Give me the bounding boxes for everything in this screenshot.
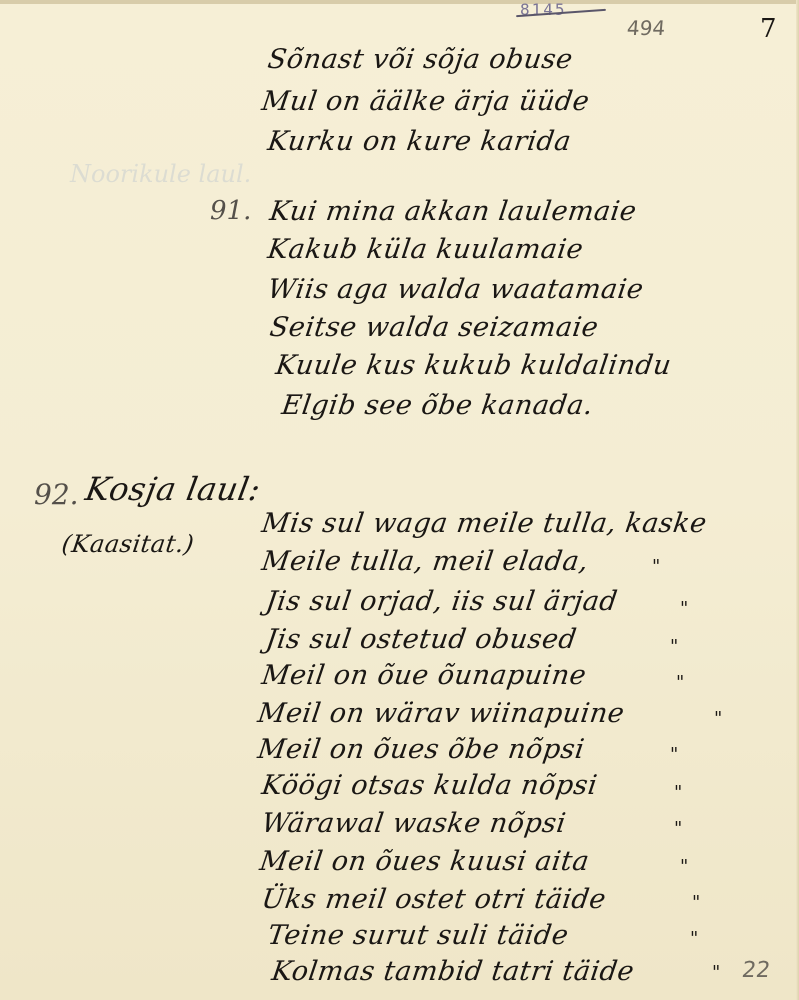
ditto-mark: ": [680, 856, 688, 877]
ditto-mark: ": [652, 556, 660, 577]
song-line: Jis sul ostetud obused: [264, 624, 579, 655]
ditto-mark: ": [670, 744, 678, 765]
song-line: Meile tulla, meil elada,: [260, 546, 591, 577]
song-line: Köögi otsas kulda nõpsi: [260, 770, 600, 801]
ditto-mark: ": [674, 818, 682, 839]
song-line: Jis sul orjad, iis sul ärjad: [264, 586, 620, 617]
continuation-line: Kurku on kure karida: [266, 126, 573, 157]
song-line: Üks meil ostet otri täide: [260, 884, 608, 915]
song-line: Meil on õue õunapuine: [260, 660, 589, 691]
ditto-mark: ": [714, 708, 722, 729]
song-line: Seitse walda seizamaie: [268, 312, 601, 343]
song-line: Kakub küla kuulamaie: [266, 234, 585, 265]
song-number: 91.: [210, 196, 251, 226]
song-line: Kuule kus kukub kuldalindu: [274, 350, 674, 381]
ditto-mark: ": [690, 928, 698, 949]
bleed-through-note: Noorikule laul.: [70, 160, 251, 188]
manuscript-page: 8145 494 7 Noorikule laul. Sõnast või sõ…: [0, 0, 799, 1000]
ditto-mark: ": [670, 636, 678, 657]
ditto-mark: ": [692, 892, 700, 913]
song-line: Meil on õues õbe nõpsi: [256, 734, 587, 765]
song-line: Wiis aga walda waatamaie: [266, 274, 646, 305]
song-line: Wärawal waske nõpsi: [260, 808, 568, 839]
song-number: 92.: [34, 478, 79, 511]
song-title: Kosja laul:: [83, 470, 264, 508]
song-line: Meil on õues kuusi aita: [258, 846, 592, 877]
song-line: Teine surut suli täide: [266, 920, 571, 951]
song-note: (Kaasitat.): [60, 530, 196, 558]
continuation-line: Sõnast või sõja obuse: [266, 44, 575, 75]
ditto-mark: ": [712, 962, 720, 983]
ditto-mark: ": [680, 598, 688, 619]
song-line: Kolmas tambid tatri täide: [270, 956, 636, 987]
pencil-folio-number: 494: [626, 16, 666, 40]
bottom-folio-number: 22: [740, 958, 772, 983]
ditto-mark: ": [676, 672, 684, 693]
page-top-edge: [0, 0, 799, 4]
song-line: Mis sul waga meile tulla, kaske: [260, 508, 709, 539]
continuation-line: Mul on äälke ärja üüde: [260, 86, 592, 117]
song-line: Kui mina akkan laulemaie: [268, 196, 639, 227]
page-number: 7: [760, 14, 777, 44]
ditto-mark: ": [674, 782, 682, 803]
song-line: Meil on wärav wiinapuine: [256, 698, 627, 729]
song-line: Elgib see õbe kanada.: [280, 390, 595, 421]
